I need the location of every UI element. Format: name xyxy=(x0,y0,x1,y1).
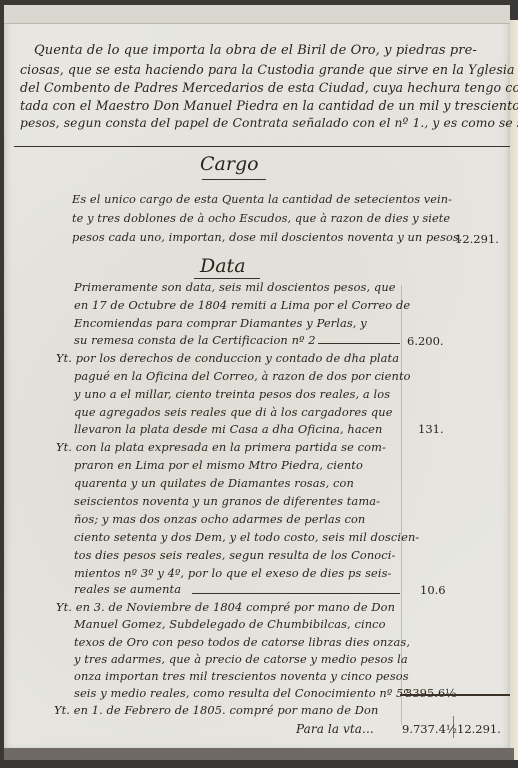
entry-line: seiscientos noventa y un granos de difer… xyxy=(74,494,380,508)
carry-forward-amount: 9.737.4½ xyxy=(402,722,457,736)
entry-line: mientos nº 3º y 4º, por lo que el exeso … xyxy=(74,566,392,580)
entry-line: Encomiendas para comprar Diamantes y Per… xyxy=(74,316,367,330)
entry-line: que agregados seis reales que di à los c… xyxy=(74,405,393,419)
entry-line: onza importan tres mil trescientos noven… xyxy=(74,669,409,683)
entry-line: quarenta y un quilates de Diamantes rosa… xyxy=(74,476,354,490)
cargo-line: Es el unico cargo de esta Quenta la cant… xyxy=(72,193,452,206)
entry-leader-line xyxy=(192,593,400,594)
entry-line: reales se aumenta xyxy=(74,582,181,596)
header-line: pesos, segun consta del papel de Contrat… xyxy=(20,116,518,130)
carry-forward-label: Para la vta... xyxy=(296,722,374,736)
entry-amount: 3395.6½ xyxy=(405,686,456,700)
cargo-line: pesos cada uno, importan, dose mil dosci… xyxy=(72,231,462,244)
cargo-heading-underline xyxy=(202,179,266,180)
entry-line: Yt. con la plata expresada en la primera… xyxy=(56,440,386,454)
entry-line: texos de Oro con peso todos de catorse l… xyxy=(74,635,410,649)
entry-line: ños; y mas dos onzas ocho adarmes de per… xyxy=(74,512,365,526)
entry-line: Manuel Gomez, Subdelegado de Chumbibilca… xyxy=(74,617,386,631)
entry-line: llevaron la plata desde mi Casa a dha Of… xyxy=(74,422,382,436)
entry-line: praron en Lima por el mismo Mtro Piedra,… xyxy=(74,458,363,472)
header-divider xyxy=(14,146,510,147)
header-line: ciosas, que se esta haciendo para la Cus… xyxy=(20,62,515,77)
entry-line: pagué en la Oficina del Correo, à razon … xyxy=(74,369,411,383)
entry-line: y uno a el millar, ciento treinta pesos … xyxy=(74,387,390,401)
entry-line: Yt. en 1. de Febrero de 1805. compré por… xyxy=(54,703,378,717)
header-line: Quenta de lo que importa la obra de el B… xyxy=(34,43,477,58)
entry-amount: 10.6 xyxy=(420,583,446,597)
cargo-line: te y tres doblones de à ocho Escudos, qu… xyxy=(72,212,450,225)
cargo-amount: 12.291. xyxy=(455,232,499,246)
header-line: del Combento de Padres Mercedarios de es… xyxy=(20,80,518,95)
entry-line: y tres adarmes, que à precio de catorse … xyxy=(74,652,408,666)
data-heading-underline xyxy=(194,278,260,279)
entry-amount: 131. xyxy=(418,422,444,436)
page-bottom-edge xyxy=(4,748,514,760)
cargo-heading: Cargo xyxy=(200,153,259,175)
carry-forward-total: 12.291. xyxy=(457,722,501,736)
entry-line: en 17 de Octubre de 1804 remiti a Lima p… xyxy=(74,298,410,312)
entry-leader-line xyxy=(318,343,400,344)
total-column-separator xyxy=(453,716,454,738)
entry-line: Primeramente son data, seis mil doscient… xyxy=(74,280,396,294)
page-top-margin xyxy=(4,5,510,24)
entry-line: Yt. por los derechos de conduccion y con… xyxy=(56,351,399,365)
entry-amount: 6.200. xyxy=(407,334,444,348)
entry-line: tos dies pesos seis reales, segun result… xyxy=(74,548,395,562)
total-rule xyxy=(400,694,510,696)
entry-line: Yt. en 3. de Noviembre de 1804 compré po… xyxy=(56,600,395,614)
data-heading: Data xyxy=(200,255,246,277)
entry-line: seis y medio reales, como resulta del Co… xyxy=(74,686,409,700)
header-line: tada con el Maestro Don Manuel Piedra en… xyxy=(20,98,518,113)
entry-line: ciento setenta y dos Dem, y el todo cost… xyxy=(74,530,419,544)
entry-line: su remesa consta de la Certificacion nº … xyxy=(74,333,316,347)
